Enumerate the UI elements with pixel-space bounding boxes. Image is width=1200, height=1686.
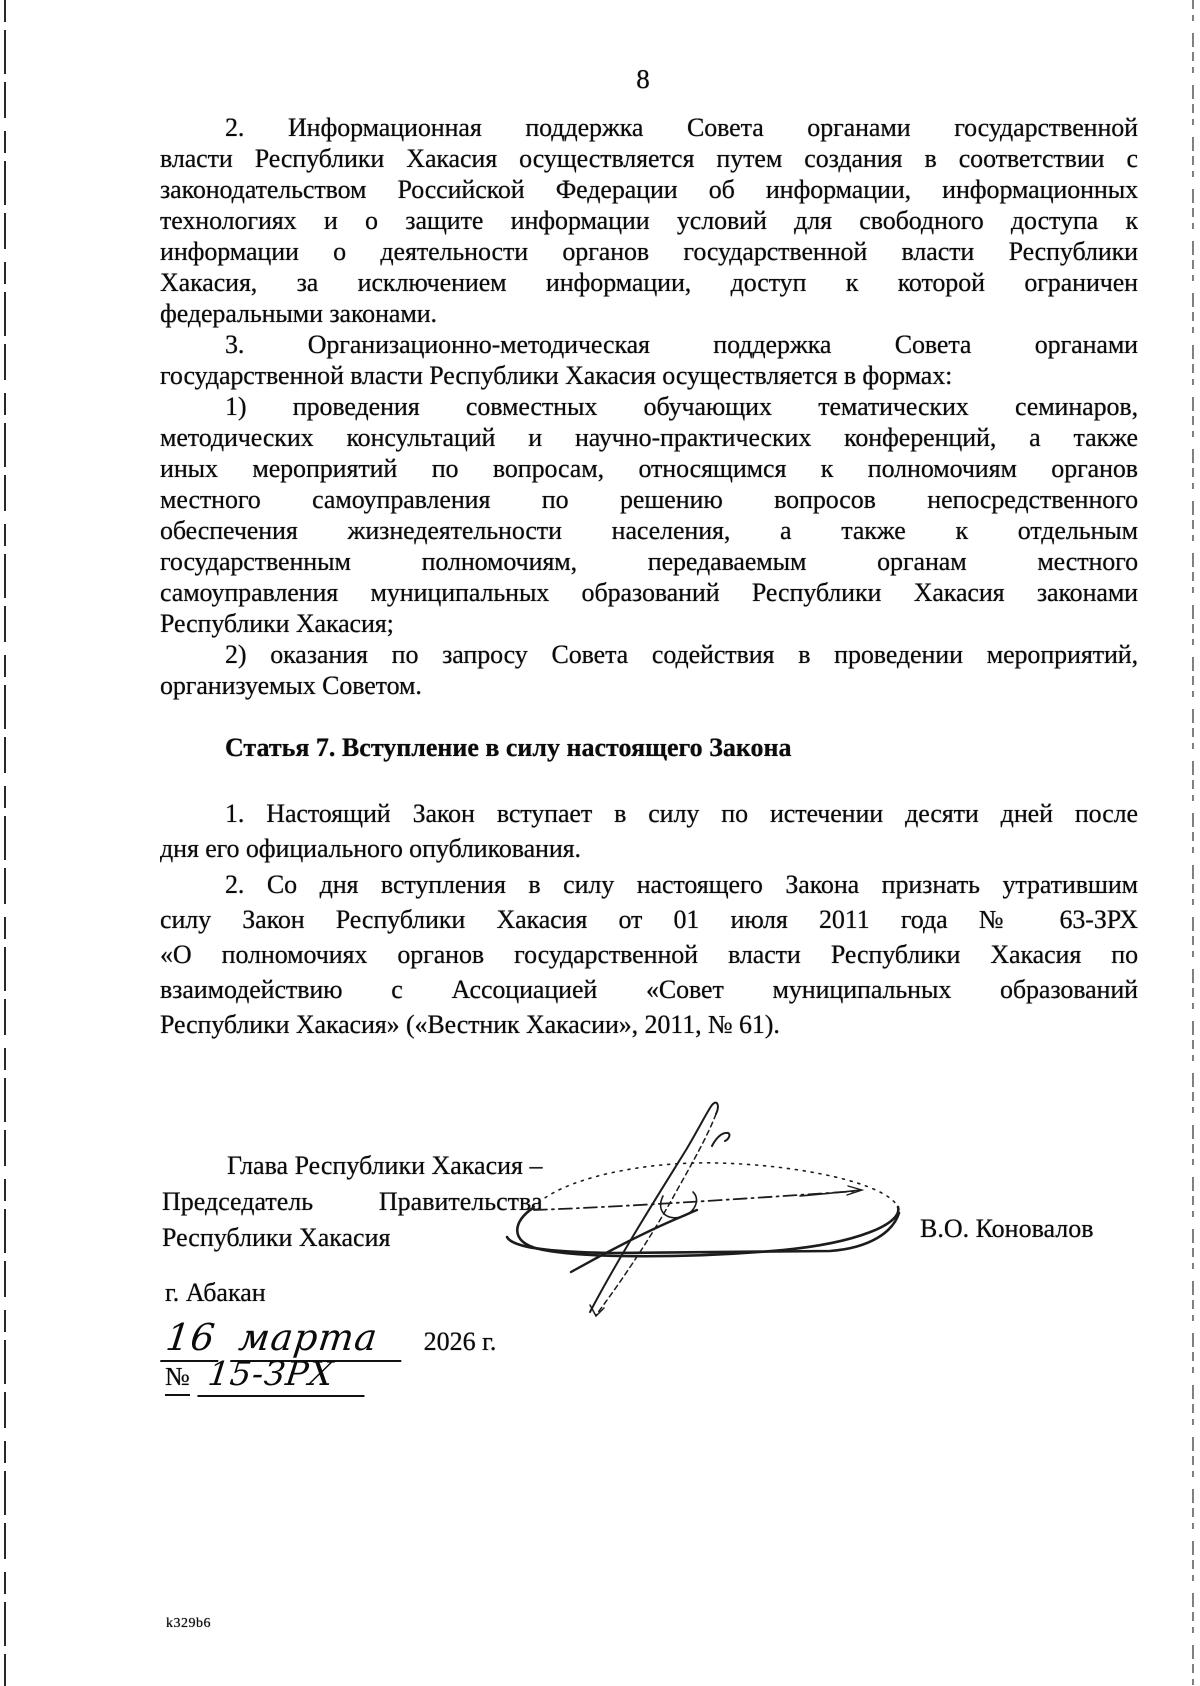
text-line: иных мероприятий по вопросам, относящимс…: [160, 453, 1138, 484]
text-line: федеральными законами.: [160, 298, 1138, 329]
article-7-paragraph-1: 1. Настоящий Закон вступает в силу по ис…: [160, 796, 1138, 866]
document-number-line: № 15-ЗРХ: [165, 1354, 367, 1397]
left-page-edge-line: [4, 0, 6, 1686]
text-line: 2. Со дня вступления в силу настоящего З…: [160, 867, 1138, 902]
numero-sign: №: [165, 1362, 190, 1396]
city-line: г. Абакан: [165, 1278, 266, 1308]
text-line: дня его официального опубликования.: [160, 831, 1138, 866]
scanned-law-page: 8 2. Информационная поддержка Совета орг…: [0, 0, 1200, 1686]
article-7-heading: Статья 7. Вступление в силу настоящего З…: [160, 730, 1138, 765]
text-line: самоуправления муниципальных образований…: [160, 577, 1138, 608]
text-line: 2. Информационная поддержка Совета орган…: [160, 112, 1138, 143]
text-line: Хакасия, за исключением информации, дост…: [160, 267, 1138, 298]
list-item-2: 2) оказания по запросу Совета содействия…: [160, 639, 1138, 701]
text-line: информации о деятельности органов госуда…: [160, 236, 1138, 267]
text-line: 3. Организационно-методическая поддержка…: [160, 329, 1138, 360]
text-line: 1) проведения совместных обучающих темат…: [160, 391, 1138, 422]
signature-scrawl: [480, 1020, 920, 1330]
year-label: 2026 г.: [424, 1327, 497, 1357]
text-line: обеспечения жизнедеятельности населения,…: [160, 515, 1138, 546]
list-item-1: 1) проведения совместных обучающих темат…: [160, 391, 1138, 639]
text-line: технологиях и о защите информации услови…: [160, 205, 1138, 236]
text-line: государственным полномочиям, передаваемы…: [160, 546, 1138, 577]
footer-code: k329b6: [166, 1616, 211, 1632]
text-line: 2) оказания по запросу Совета содействия…: [160, 639, 1138, 670]
text-line: местного самоуправления по решению вопро…: [160, 484, 1138, 515]
text-line: Республики Хакасия;: [160, 608, 1138, 639]
page-number: 8: [0, 64, 1200, 95]
text-line: организуемых Советом.: [160, 670, 1138, 701]
text-line: власти Республики Хакасия осуществляется…: [160, 143, 1138, 174]
text-line: силу Закон Республики Хакасия от 01 июля…: [160, 902, 1138, 937]
handwritten-number: 15-ЗРХ: [197, 1354, 370, 1397]
text-line: «О полномочиях органов государственной в…: [160, 937, 1138, 972]
text-line: государственной власти Республики Хакаси…: [160, 360, 1138, 391]
text-line: законодательством Российской Федерации о…: [160, 174, 1138, 205]
right-page-edge-line: [1192, 0, 1194, 1686]
paragraph-3: 3. Организационно-методическая поддержка…: [160, 329, 1138, 391]
article-7-paragraph-2: 2. Со дня вступления в силу настоящего З…: [160, 867, 1138, 1042]
text-line: взаимодействию с Ассоциацией «Совет муни…: [160, 972, 1138, 1007]
signatory-name: В.О. Коновалов: [920, 1214, 1094, 1244]
paragraph-2: 2. Информационная поддержка Совета орган…: [160, 112, 1138, 329]
body-text-block: 2. Информационная поддержка Совета орган…: [160, 112, 1138, 701]
text-line: 1. Настоящий Закон вступает в силу по ис…: [160, 796, 1138, 831]
text-line: методических консультаций и научно-практ…: [160, 422, 1138, 453]
